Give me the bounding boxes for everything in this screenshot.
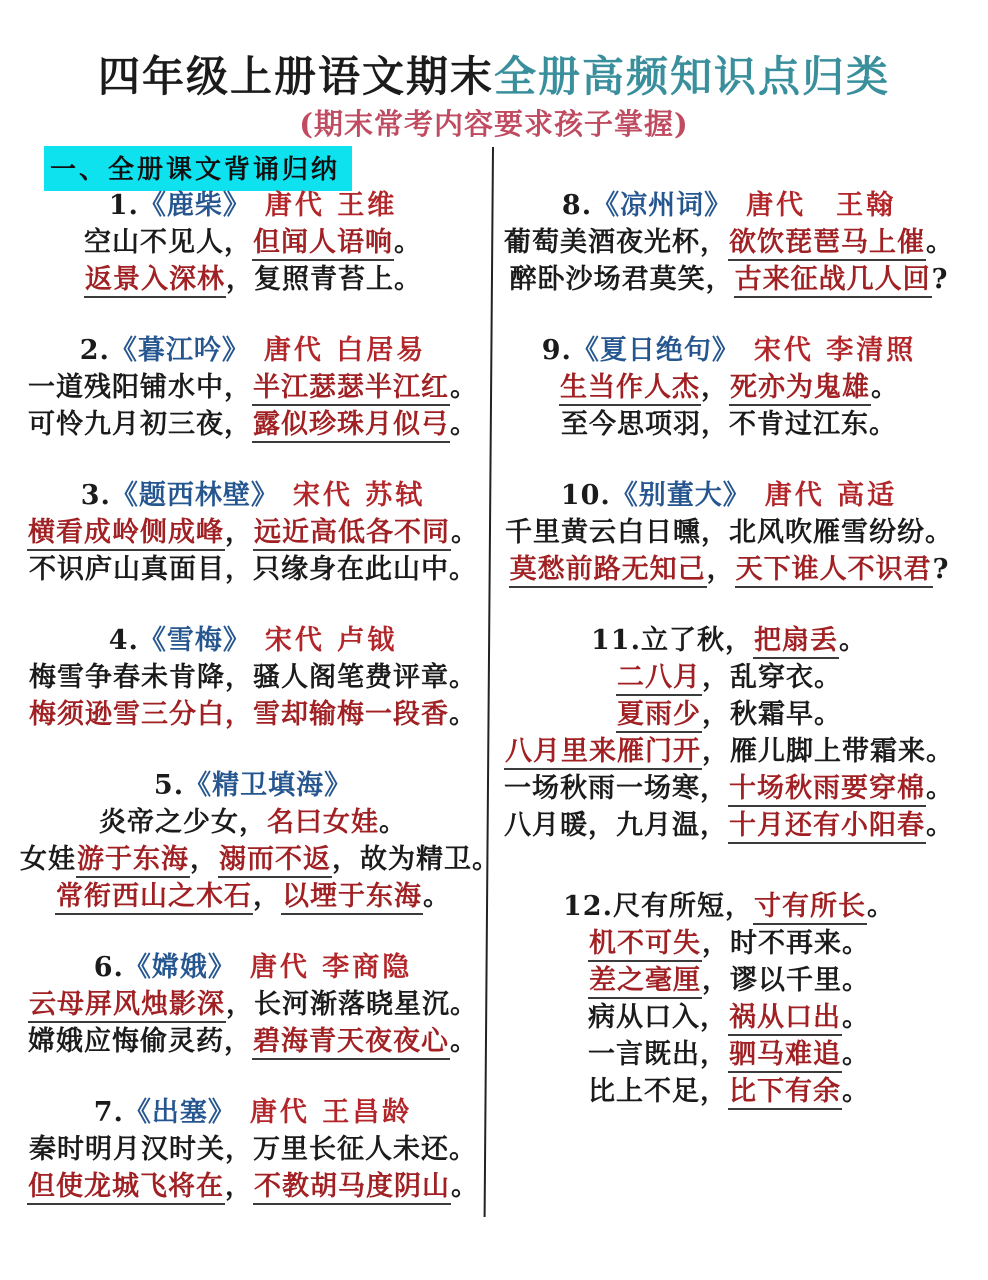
verse-line: 11.立了秋，把扇丢。 (500, 622, 958, 659)
verse-segment: 11.立了秋， (591, 625, 753, 656)
poem: 3.《题西林壁》宋代 苏轼横看成岭侧成峰，远近高低各不同。不识庐山真面目，只缘身… (20, 477, 486, 588)
worksheet-page: 四年级上册语文期末全册高频知识点归类 (期末常考内容要求孩子掌握) 一、全册课文… (0, 0, 988, 1280)
verse-line: 差之毫厘，谬以千里。 (500, 962, 958, 999)
verse-segment: 一场秋雨一场寒， (504, 773, 728, 804)
verse-segment: 夏雨少 (616, 699, 702, 733)
verse-segment: 。 (379, 807, 407, 838)
poem-author: 宋代 李清照 (754, 335, 916, 366)
verse-segment: 。 (450, 409, 478, 440)
verse-segment: 至今思项羽，不肯过江东。 (561, 409, 897, 440)
verse-line: 一场秋雨一场寒，十场秋雨要穿棉。 (500, 770, 958, 807)
verse-segment: ， (225, 1171, 253, 1202)
verse-segment: 炎帝之少女， (99, 807, 267, 838)
poem-book-title: 《精卫填海》 (184, 770, 352, 801)
poem-number: 2. (80, 335, 110, 366)
poem-author: 唐代 李商隐 (250, 952, 412, 983)
verse-segment: 生当作人杰 (559, 372, 701, 406)
poem-title: 5.《精卫填海》 (20, 767, 486, 804)
verse-line: 病从口入，祸从口出。 (500, 999, 958, 1036)
verse-segment: 。 (450, 372, 478, 403)
poem-number: 7. (94, 1097, 124, 1128)
verse-segment: 常衔西山之木石 (55, 881, 253, 915)
verse-segment: 十月还有小阳春 (728, 810, 926, 844)
verse-segment: 溺而不返 (218, 844, 332, 878)
poem-number: 10. (561, 480, 611, 511)
poem-title: 7.《出塞》唐代 王昌龄 (20, 1094, 486, 1131)
poem-title: 8.《凉州词》唐代 王翰 (500, 187, 958, 224)
verse-segment: 。 (451, 1171, 479, 1202)
verse-segment: 游于东海 (76, 844, 190, 878)
poem-book-title: 《夏日绝句》 (572, 335, 740, 366)
verse-segment: ， (253, 881, 281, 912)
verse-segment: 十场秋雨要穿棉 (728, 773, 926, 807)
verse-line: 八月里来雁门开，雁儿脚上带霜来。 (500, 733, 958, 770)
verse-segment: 死亦为鬼雄 (729, 372, 871, 406)
verse-segment: 空山不见人， (84, 227, 252, 258)
poem: 7.《出塞》唐代 王昌龄秦时明月汉时关，万里长征人未还。但使龙城飞将在，不教胡马… (20, 1094, 486, 1205)
verse-segment: 欲饮琵琶马上催 (728, 227, 926, 261)
page-title: 四年级上册语文期末全册高频知识点归类 (0, 44, 988, 104)
poem: 9.《夏日绝句》宋代 李清照生当作人杰，死亦为鬼雄。至今思项羽，不肯过江东。 (500, 332, 958, 443)
verse-segment: ，时不再来。 (702, 928, 870, 959)
poem-author: 宋代 卢钺 (265, 625, 397, 656)
verse-line: 不识庐山真面目，只缘身在此山中。 (20, 551, 486, 588)
poem-title: 10.《别董大》唐代 高适 (500, 477, 958, 514)
page-subtitle: (期末常考内容要求孩子掌握) (0, 102, 988, 143)
verse-line: 嫦娥应悔偷灵药，碧海青天夜夜心。 (20, 1023, 486, 1060)
poem-author: 唐代 高适 (765, 480, 897, 511)
verse-segment: ，长河渐落晓星沉。 (226, 989, 478, 1020)
verse-segment: 。 (926, 810, 954, 841)
column-left: 1.《鹿柴》唐代 王维空山不见人，但闻人语响。返景入深林，复照青苔上。2.《暮江… (0, 187, 494, 1239)
verse-segment: 12.尺有所短， (563, 891, 753, 922)
poem-number: 8. (562, 190, 592, 221)
verse-line: 八月暖，九月温，十月还有小阳春。 (500, 807, 958, 844)
verse-segment: 莫愁前路无知己 (509, 554, 707, 588)
poem-title: 4.《雪梅》宋代 卢钺 (20, 622, 486, 659)
verse-segment: 返景入深林 (84, 264, 226, 298)
poem-book-title: 《嫦娥》 (124, 952, 236, 983)
verse-segment: 一言既出， (588, 1039, 728, 1070)
verse-segment: 。 (423, 881, 451, 912)
verse-segment: 。 (449, 699, 477, 730)
verse-segment: 比下有余 (728, 1076, 842, 1110)
poem-number: 3. (81, 480, 111, 511)
verse-segment: 寸有所长 (753, 891, 867, 925)
verse-segment: 秦时明月汉时关，万里长征人未还。 (29, 1134, 477, 1165)
verse-segment: 不教胡马度阴山 (253, 1171, 451, 1205)
poem-book-title: 《鹿柴》 (139, 190, 251, 221)
verse-segment: 可怜九月初三夜， (28, 409, 252, 440)
poem-book-title: 《暮江吟》 (110, 335, 250, 366)
page-title-teal: 全册高频知识点归类 (494, 52, 890, 101)
column-right: 8.《凉州词》唐代 王翰葡萄美酒夜光杯，欲饮琵琶马上催。醉卧沙场君莫笑，古来征战… (494, 187, 988, 1239)
verse-segment: 古来征战几人回 (734, 264, 932, 298)
poem-title: 6.《嫦娥》唐代 李商隐 (20, 949, 486, 986)
poem: 12.尺有所短，寸有所长。机不可失，时不再来。差之毫厘，谬以千里。病从口入，祸从… (500, 888, 958, 1110)
verse-segment: 远近高低各不同 (253, 517, 451, 551)
verse-segment: 不识庐山真面目，只缘身在此山中。 (29, 554, 477, 585)
verse-segment: 梅雪争春未肯降，骚人阁笔费评章。 (29, 662, 477, 693)
poem: 1.《鹿柴》唐代 王维空山不见人，但闻人语响。返景入深林，复照青苔上。 (20, 187, 486, 298)
verse-line: 机不可失，时不再来。 (500, 925, 958, 962)
verse-segment: ? (933, 554, 950, 585)
verse-segment: 一道残阳铺水中， (28, 372, 252, 403)
verse-segment: ， (701, 372, 729, 403)
poem: 8.《凉州词》唐代 王翰葡萄美酒夜光杯，欲饮琵琶马上催。醉卧沙场君莫笑，古来征战… (500, 187, 958, 298)
verse-segment: 。 (867, 891, 895, 922)
verse-segment: 碧海青天夜夜心 (252, 1026, 450, 1060)
poem-title: 1.《鹿柴》唐代 王维 (20, 187, 486, 224)
poem-title: 3.《题西林壁》宋代 苏轼 (20, 477, 486, 514)
verse-segment: 横看成岭侧成峰 (27, 517, 225, 551)
verse-segment: 名曰女娃 (267, 807, 379, 838)
poem-author: 唐代 王昌龄 (250, 1097, 412, 1128)
verse-segment: 病从口入， (588, 1002, 728, 1033)
verse-line: 梅雪争春未肯降，骚人阁笔费评章。 (20, 659, 486, 696)
verse-segment: 醉卧沙场君莫笑， (510, 264, 734, 295)
verse-segment: ，故为精卫。 (332, 844, 500, 875)
verse-line: 梅须逊雪三分白，雪却输梅一段香。 (20, 696, 486, 733)
verse-line: 横看成岭侧成峰，远近高低各不同。 (20, 514, 486, 551)
verse-segment: 八月暖，九月温， (504, 810, 728, 841)
page-title-black: 四年级上册语文期末 (98, 52, 494, 101)
verse-segment: 天下谁人不识君 (735, 554, 933, 588)
verse-line: 女娃游于东海，溺而不返，故为精卫。 (20, 841, 486, 878)
poem-author: 宋代 苏轼 (293, 480, 425, 511)
poem-author: 唐代 王维 (265, 190, 397, 221)
verse-segment: 以堙于东海 (281, 881, 423, 915)
verse-segment: 但使龙城飞将在 (27, 1171, 225, 1205)
verse-line: 夏雨少，秋霜早。 (500, 696, 958, 733)
verse-segment: ， (225, 517, 253, 548)
poem: 6.《嫦娥》唐代 李商隐云母屏风烛影深，长河渐落晓星沉。嫦娥应悔偷灵药，碧海青天… (20, 949, 486, 1060)
verse-line: 秦时明月汉时关，万里长征人未还。 (20, 1131, 486, 1168)
verse-segment: 。 (450, 1026, 478, 1057)
verse-line: 至今思项羽，不肯过江东。 (500, 406, 958, 443)
verse-line: 常衔西山之木石，以堙于东海。 (20, 878, 486, 915)
verse-segment: ? (932, 264, 949, 295)
poem-book-title: 《雪梅》 (139, 625, 251, 656)
poem-author: 唐代 白居易 (264, 335, 426, 366)
verse-segment: 梅须逊雪三分白，雪却输梅一段香 (29, 699, 449, 730)
verse-segment: 把扇丢 (753, 625, 839, 659)
verse-segment: 半江瑟瑟半江红 (252, 372, 450, 406)
verse-line: 炎帝之少女，名曰女娃。 (20, 804, 486, 841)
verse-segment: 云母屏风烛影深 (28, 989, 226, 1023)
poem: 11.立了秋，把扇丢。二八月，乱穿衣。夏雨少，秋霜早。八月里来雁门开，雁儿脚上带… (500, 622, 958, 844)
verse-segment: 祸从口出 (728, 1002, 842, 1036)
verse-segment: ，雁儿脚上带霜来。 (702, 736, 954, 767)
poem-book-title: 《题西林壁》 (111, 480, 279, 511)
verse-segment: 千里黄云白日曛，北风吹雁雪纷纷。 (505, 517, 953, 548)
poem-author: 唐代 王翰 (746, 190, 896, 221)
verse-segment: 。 (394, 227, 422, 258)
verse-segment: 葡萄美酒夜光杯， (504, 227, 728, 258)
verse-segment: 。 (842, 1039, 870, 1070)
verse-segment: 。 (842, 1002, 870, 1033)
verse-line: 二八月，乱穿衣。 (500, 659, 958, 696)
verse-segment: ，秋霜早。 (702, 699, 842, 730)
poem-book-title: 《出塞》 (124, 1097, 236, 1128)
verse-line: 一道残阳铺水中，半江瑟瑟半江红。 (20, 369, 486, 406)
poem-title: 9.《夏日绝句》宋代 李清照 (500, 332, 958, 369)
verse-line: 莫愁前路无知己，天下谁人不识君? (500, 551, 958, 588)
verse-segment: 八月里来雁门开 (504, 736, 702, 770)
verse-segment: 比上不足， (588, 1076, 728, 1107)
verse-segment: 二八月 (616, 662, 702, 696)
verse-segment: 露似珍珠月似弓 (252, 409, 450, 443)
poem: 5.《精卫填海》炎帝之少女，名曰女娃。女娃游于东海，溺而不返，故为精卫。常衔西山… (20, 767, 486, 915)
poem: 4.《雪梅》宋代 卢钺梅雪争春未肯降，骚人阁笔费评章。梅须逊雪三分白，雪却输梅一… (20, 622, 486, 733)
verse-segment: ，谬以千里。 (702, 965, 870, 996)
verse-segment: 机不可失 (588, 928, 702, 962)
verse-line: 比上不足，比下有余。 (500, 1073, 958, 1110)
poem-number: 9. (542, 335, 572, 366)
verse-segment: ，复照青苔上。 (226, 264, 422, 295)
verse-line: 12.尺有所短，寸有所长。 (500, 888, 958, 925)
verse-segment: 。 (926, 773, 954, 804)
verse-line: 云母屏风烛影深，长河渐落晓星沉。 (20, 986, 486, 1023)
poem-book-title: 《凉州词》 (592, 190, 732, 221)
verse-segment: 。 (926, 227, 954, 258)
verse-line: 一言既出，驷马难追。 (500, 1036, 958, 1073)
poem: 2.《暮江吟》唐代 白居易一道残阳铺水中，半江瑟瑟半江红。可怜九月初三夜，露似珍… (20, 332, 486, 443)
verse-segment: 。 (842, 1076, 870, 1107)
verse-segment: 。 (839, 625, 867, 656)
poem-book-title: 《别董大》 (611, 480, 751, 511)
verse-line: 葡萄美酒夜光杯，欲饮琵琶马上催。 (500, 224, 958, 261)
poem-number: 5. (154, 770, 184, 801)
poem-number: 6. (94, 952, 124, 983)
verse-segment: ，乱穿衣。 (702, 662, 842, 693)
verse-line: 返景入深林，复照青苔上。 (20, 261, 486, 298)
verse-segment: 。 (451, 517, 479, 548)
poem-title: 2.《暮江吟》唐代 白居易 (20, 332, 486, 369)
poem-number: 4. (109, 625, 139, 656)
poem: 10.《别董大》唐代 高适千里黄云白日曛，北风吹雁雪纷纷。莫愁前路无知己，天下谁… (500, 477, 958, 588)
verse-line: 生当作人杰，死亦为鬼雄。 (500, 369, 958, 406)
verse-line: 千里黄云白日曛，北风吹雁雪纷纷。 (500, 514, 958, 551)
verse-line: 但使龙城飞将在，不教胡马度阴山。 (20, 1168, 486, 1205)
verse-line: 可怜九月初三夜，露似珍珠月似弓。 (20, 406, 486, 443)
poem-number: 1. (109, 190, 139, 221)
verse-line: 醉卧沙场君莫笑，古来征战几人回? (500, 261, 958, 298)
verse-segment: 但闻人语响 (252, 227, 394, 261)
verse-segment: 驷马难追 (728, 1039, 842, 1073)
verse-line: 空山不见人，但闻人语响。 (20, 224, 486, 261)
verse-segment: 差之毫厘 (588, 965, 702, 999)
poem-columns: 1.《鹿柴》唐代 王维空山不见人，但闻人语响。返景入深林，复照青苔上。2.《暮江… (0, 187, 988, 1239)
verse-segment: 。 (871, 372, 899, 403)
verse-segment: ， (707, 554, 735, 585)
verse-segment: 嫦娥应悔偷灵药， (28, 1026, 252, 1057)
section-header: 一、全册课文背诵归纳 (44, 146, 352, 191)
verse-segment: 女娃 (20, 844, 76, 875)
verse-segment: ， (190, 844, 218, 875)
